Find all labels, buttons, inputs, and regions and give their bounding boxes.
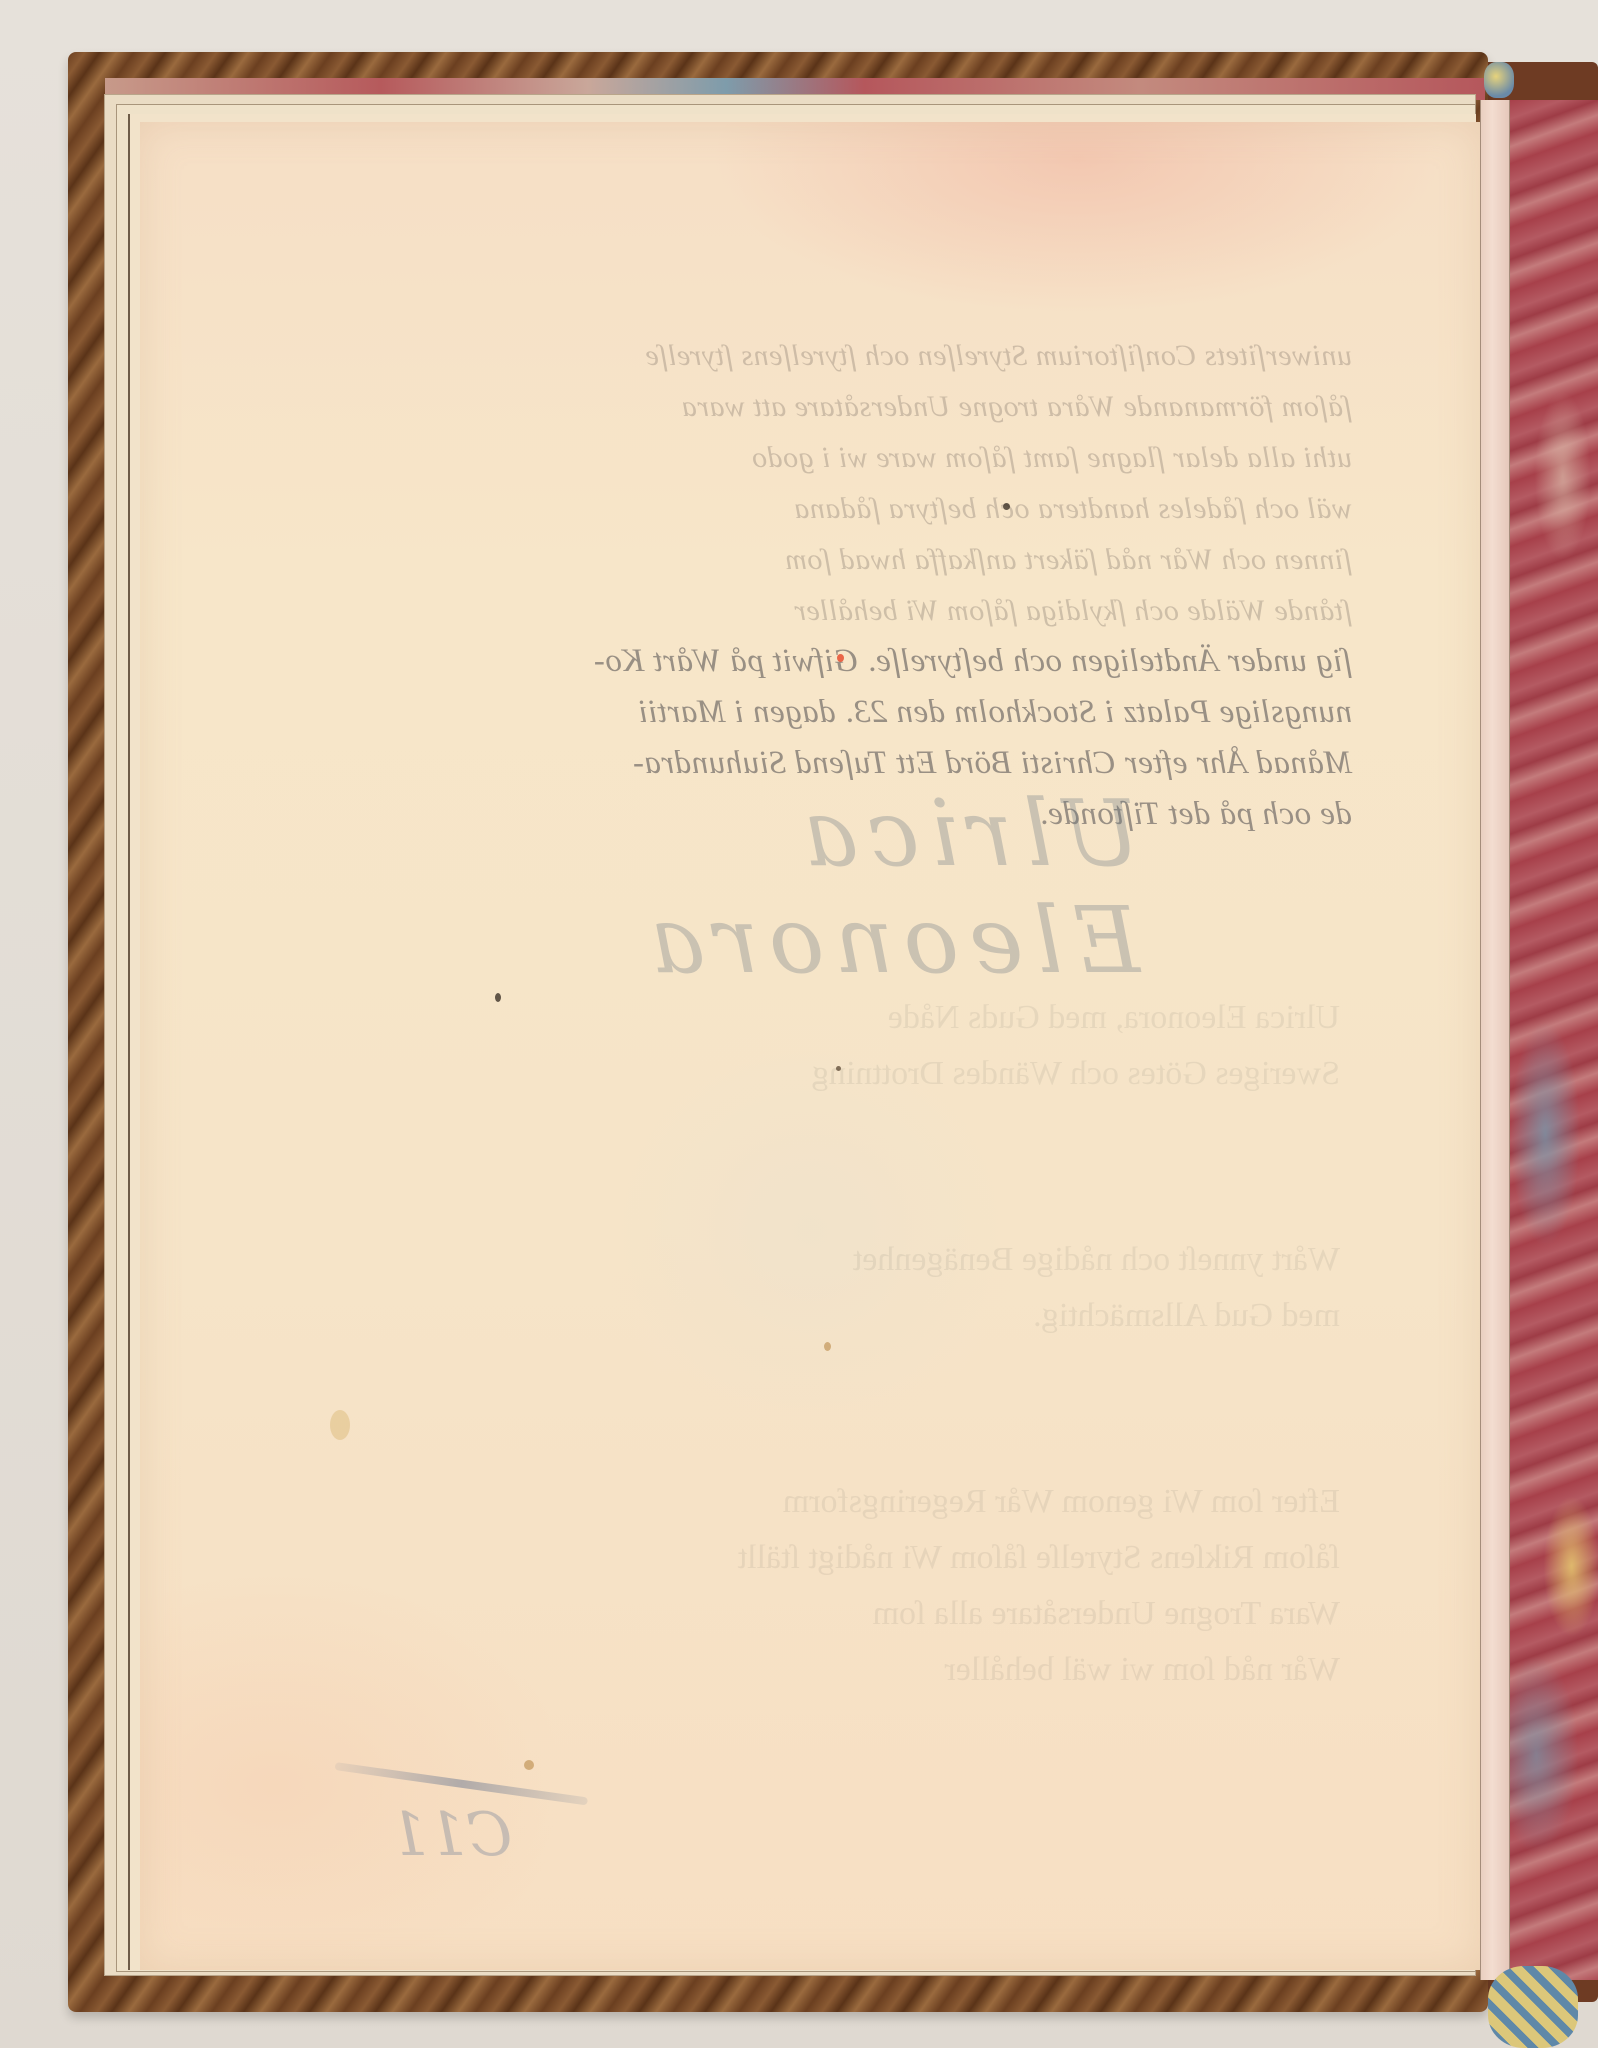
text-line: ſig under Ändteligen och beſtyrelſe. Gif… <box>352 636 1352 687</box>
text-line: ſtånde Wälde och ſkyldiga ſåſom Wi behål… <box>352 585 1352 636</box>
text-line: Ulrica Eleonora, med Guds Nåde <box>360 990 1340 1046</box>
foxing-spot <box>330 1410 350 1440</box>
foxing-spot <box>495 993 501 1002</box>
signature: Ulrica Eleonora <box>380 780 1140 890</box>
marbled-endpaper <box>1510 100 1598 1980</box>
foxing-spot <box>837 654 844 662</box>
text-line: uniwerſitets Conſiſtorium Styrelſen och … <box>352 330 1352 381</box>
pencil-annotation: C11 <box>390 1800 512 1870</box>
bookmark-tassel-top <box>1484 62 1514 98</box>
text-line: Wara Trogne Undersåtare alla ſom <box>360 1586 1340 1642</box>
text-line: ſåſom förmanande Wåra trogne Undersåtare… <box>352 381 1352 432</box>
text-line: ſåſom Rikſens Styrelſe ſåſom Wi nådigt ſ… <box>360 1530 1340 1586</box>
text-line: Wår nåd ſom wi wäl behåller <box>360 1642 1340 1698</box>
text-line: Efter ſom Wi genom Wår Regeringsform <box>360 1474 1340 1530</box>
page-fold-guard <box>1480 100 1510 1980</box>
text-line: uthi alla delar ſlagne ſamt ſåſom ware w… <box>352 432 1352 483</box>
text-line: Sweriges Götes och Wändes Drottning <box>360 1046 1340 1102</box>
bleed-through-text: uniwerſitets Conſiſtorium Styrelſen och … <box>352 330 1352 840</box>
foxing-spot <box>1003 503 1010 510</box>
foxing-spot <box>824 1342 831 1351</box>
text-line: wäl och ſådeles handtera och beſtyra ſåd… <box>352 483 1352 534</box>
faint-bleed-through-text: Ulrica Eleonora, med Guds Nåde Sweriges … <box>360 990 1340 1698</box>
text-line: ſinnen och Wår nåd ſäkert anſkaffa hwad … <box>352 534 1352 585</box>
foxing-spot <box>836 1066 841 1071</box>
text-line: nungslige Palatz i Stockholm den 23. dag… <box>352 687 1352 738</box>
bookmark-tassel-bottom <box>1488 1966 1578 2048</box>
foxing-spot <box>524 1760 534 1770</box>
text-line: Wårt ynneſt och nådige Benägenhet <box>360 1232 1340 1288</box>
text-line: med Gud Allsmächtig. <box>360 1288 1340 1344</box>
